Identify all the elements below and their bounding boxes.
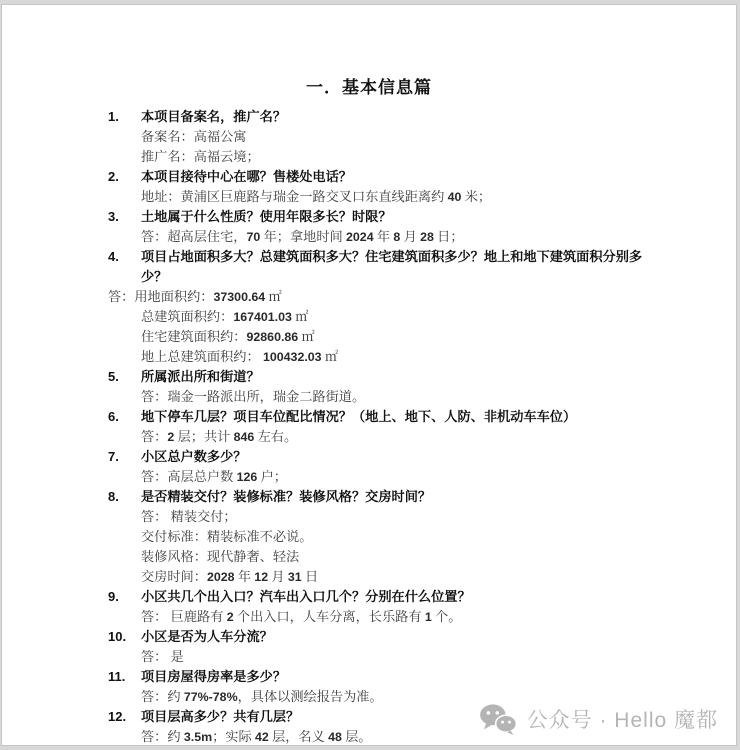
- question-number: 12.: [108, 707, 141, 727]
- qa-item: 1. 本项目备案名，推广名？ 备案名：高福公寓推广名：高福云境；: [108, 107, 653, 167]
- qa-list: 1. 本项目备案名，推广名？ 备案名：高福公寓推广名：高福云境； 2. 本项目接…: [108, 107, 653, 747]
- page-title: 一．基本信息篇: [2, 73, 736, 98]
- question-text: 是否精装交付？装修标准？装修风格？交房时间？: [141, 487, 653, 507]
- qa-item: 3. 土地属于什么性质？使用年限多长？时限？ 答：超高层住宅，70 年；拿地时间…: [108, 207, 653, 247]
- answer-line: 答：用地面积约：37300.64 ㎡: [108, 287, 653, 307]
- question-number: 6.: [108, 407, 141, 427]
- qa-body: 土地属于什么性质？使用年限多长？时限？ 答：超高层住宅，70 年；拿地时间 20…: [141, 207, 653, 247]
- qa-body: 本项目备案名，推广名？ 备案名：高福公寓推广名：高福云境；: [141, 107, 653, 167]
- qa-item: 11. 项目房屋得房率是多少？ 答：约 77%-78%，具体以测绘报告为准。: [108, 667, 653, 707]
- qa-item: 5. 所属派出所和街道？ 答：瑞金一路派出所，瑞金二路街道。: [108, 367, 653, 407]
- qa-item: 10. 小区是否为人车分流？ 答： 是: [108, 627, 653, 667]
- qa-item: 9. 小区共几个出入口？汽车出入口几个？分别在什么位置？ 答： 巨鹿路有 2 个…: [108, 587, 653, 627]
- answer-line: 地上总建筑面积约： 100432.03 ㎡: [141, 347, 653, 367]
- wechat-icon: [479, 703, 517, 735]
- answer-line: 备案名：高福公寓: [141, 127, 653, 147]
- question-number: 3.: [108, 207, 141, 227]
- question-number: 8.: [108, 487, 141, 507]
- answer-line: 推广名：高福云境；: [141, 147, 653, 167]
- answer-line: 答： 是: [141, 647, 653, 667]
- answer-line: 答： 巨鹿路有 2 个出入口，人车分离，长乐路有 1 个。: [141, 607, 653, 627]
- question-text: 项目占地面积多大？总建筑面积多大？住宅建筑面积多少？地上和地下建筑面积分别多少？: [141, 247, 653, 287]
- watermark: 公众号 · Hello 魔都: [479, 703, 718, 735]
- question-number: 11.: [108, 667, 141, 687]
- qa-body: 地下停车几层？项目车位配比情况？（地上、地下、人防、非机动车车位） 答：2 层；…: [141, 407, 653, 447]
- question-number: 9.: [108, 587, 141, 607]
- question-text: 小区总户数多少？: [141, 447, 653, 467]
- answer-line: 交付标准：精装标准不必说。: [141, 527, 653, 547]
- question-number: 5.: [108, 367, 141, 387]
- answer-line: 总建筑面积约：167401.03 ㎡: [141, 307, 653, 327]
- question-text: 小区共几个出入口？汽车出入口几个？分别在什么位置？: [141, 587, 653, 607]
- question-text: 本项目接待中心在哪？售楼处电话？: [141, 167, 653, 187]
- answer-line: 交房时间：2028 年 12 月 31 日: [141, 567, 653, 587]
- answer-line: 答：2 层；共计 846 左右。: [141, 427, 653, 447]
- qa-body: 是否精装交付？装修标准？装修风格？交房时间？ 答： 精装交付；交付标准：精装标准…: [141, 487, 653, 587]
- document-page: 一．基本信息篇 1. 本项目备案名，推广名？ 备案名：高福公寓推广名：高福云境；…: [1, 4, 737, 746]
- answer-line: 答：瑞金一路派出所，瑞金二路街道。: [141, 387, 653, 407]
- qa-body: 小区总户数多少？ 答：高层总户数 126 户；: [141, 447, 653, 487]
- qa-item: 2. 本项目接待中心在哪？售楼处电话？ 地址：黄浦区巨鹿路与瑞金一路交叉口东直线…: [108, 167, 653, 207]
- question-number: 10.: [108, 627, 141, 647]
- question-text: 小区是否为人车分流？: [141, 627, 653, 647]
- qa-body: 小区是否为人车分流？ 答： 是: [141, 627, 653, 667]
- qa-body: 本项目接待中心在哪？售楼处电话？ 地址：黄浦区巨鹿路与瑞金一路交叉口东直线距离约…: [141, 167, 653, 207]
- answer-line: 装修风格：现代静奢、轻法: [141, 547, 653, 567]
- qa-item: 7. 小区总户数多少？ 答：高层总户数 126 户；: [108, 447, 653, 487]
- answer-line: 住宅建筑面积约：92860.86 ㎡: [141, 327, 653, 347]
- question-number: 7.: [108, 447, 141, 467]
- qa-item: 4. 项目占地面积多大？总建筑面积多大？住宅建筑面积多少？地上和地下建筑面积分别…: [108, 247, 653, 367]
- question-text: 项目房屋得房率是多少？: [141, 667, 653, 687]
- question-text: 所属派出所和街道？: [141, 367, 653, 387]
- qa-item: 6. 地下停车几层？项目车位配比情况？（地上、地下、人防、非机动车车位） 答：2…: [108, 407, 653, 447]
- question-number: 2.: [108, 167, 141, 187]
- qa-body: 小区共几个出入口？汽车出入口几个？分别在什么位置？ 答： 巨鹿路有 2 个出入口…: [141, 587, 653, 627]
- qa-body: 项目占地面积多大？总建筑面积多大？住宅建筑面积多少？地上和地下建筑面积分别多少？…: [141, 247, 653, 367]
- answer-line: 答：超高层住宅，70 年；拿地时间 2024 年 8 月 28 日；: [141, 227, 653, 247]
- qa-item: 8. 是否精装交付？装修标准？装修风格？交房时间？ 答： 精装交付；交付标准：精…: [108, 487, 653, 587]
- qa-body: 项目房屋得房率是多少？ 答：约 77%-78%，具体以测绘报告为准。: [141, 667, 653, 707]
- answer-line: 答： 精装交付；: [141, 507, 653, 527]
- question-number: 4.: [108, 247, 141, 267]
- question-number: 1.: [108, 107, 141, 127]
- answer-line: 地址：黄浦区巨鹿路与瑞金一路交叉口东直线距离约 40 米；: [141, 187, 653, 207]
- answer-line: 答：高层总户数 126 户；: [141, 467, 653, 487]
- question-text: 地下停车几层？项目车位配比情况？（地上、地下、人防、非机动车车位）: [141, 407, 653, 427]
- watermark-text: 公众号 · Hello 魔都: [527, 704, 718, 734]
- question-text: 本项目备案名，推广名？: [141, 107, 653, 127]
- question-text: 土地属于什么性质？使用年限多长？时限？: [141, 207, 653, 227]
- qa-body: 所属派出所和街道？ 答：瑞金一路派出所，瑞金二路街道。: [141, 367, 653, 407]
